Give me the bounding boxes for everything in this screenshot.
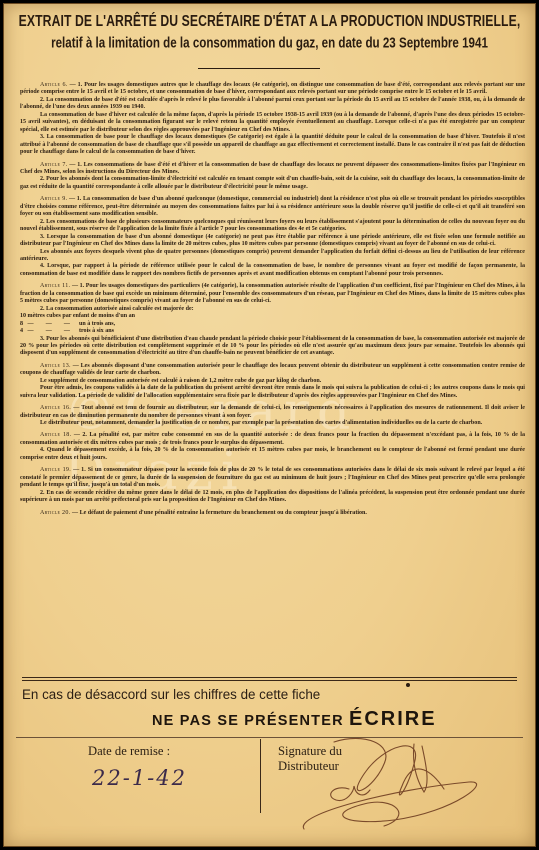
- article-label: Article 16.: [40, 405, 71, 411]
- article-subparagraph: 2. En cas de seconde récidive du même ge…: [20, 490, 525, 505]
- article-label: Article 18.: [40, 432, 71, 438]
- majoration-row: 10 mètres cubes par enfant de moins d'un…: [20, 313, 525, 320]
- article-subparagraph: 4. Lorsque, par rapport à la période de …: [20, 263, 525, 278]
- article-paragraph: Article 7. — 1. Les consommations de bas…: [20, 162, 525, 177]
- article-text: — 1. Pour les usages domestiques des par…: [20, 283, 525, 304]
- majoration-row: 4 — — — trois à six ans: [20, 328, 525, 335]
- article-paragraph: Article 11. — 1. Pour les usages domesti…: [20, 283, 525, 305]
- article-paragraph: Article 13. — Les abonnés disposant d'un…: [20, 363, 525, 378]
- article-subparagraph: Les abonnés aux foyers desquels vivent p…: [20, 249, 525, 264]
- article-subparagraph: Pour être admis, les coupons validés à l…: [20, 385, 525, 400]
- article-paragraph: Article 9. — 1. La consommation de base …: [20, 196, 525, 218]
- article-text: 3. La consommation de base pour le chauf…: [20, 134, 525, 155]
- article-subparagraph: 3. La consommation de base pour le chauf…: [20, 134, 525, 156]
- article-subparagraph: Le supplément de consommation autorisée …: [20, 378, 525, 385]
- article-text: 4. Quand le dépassement excède, à la foi…: [20, 447, 525, 460]
- document-subtitle: relatif à la limitation de la consommati…: [4, 35, 535, 51]
- article-text: 2. Pour les abonnés dont la consommation…: [20, 176, 525, 189]
- article-label: Article 19.: [40, 467, 71, 473]
- notice-line-1: En cas de désaccord sur les chiffres de …: [22, 687, 320, 702]
- article-text: — 1. Si un consommateur dépasse pour la …: [20, 467, 525, 488]
- article-text: 2. Les consommations de base de plusieur…: [20, 219, 525, 232]
- article-subparagraph: Le distributeur peut, notamment, demande…: [20, 420, 525, 427]
- ink-dot: [406, 683, 410, 687]
- title-divider: [198, 68, 320, 69]
- article-text: — 1. Pour les usages domestiques autres …: [20, 82, 525, 95]
- majoration-row: 8 — — — un à trois ans,: [20, 321, 525, 328]
- article-text: Les abonnés aux foyers desquels vivent p…: [20, 249, 525, 262]
- notice-no-visit: NE PAS SE PRÉSENTER: [152, 713, 344, 729]
- notice-write: ÉCRIRE: [349, 708, 437, 730]
- article-text: 2. La consommation de base d'été est cal…: [20, 97, 525, 110]
- article-label: Article 6.: [40, 82, 68, 88]
- article-text: 3. Pour les abonnés qui bénéficiaient d'…: [20, 336, 525, 357]
- article-text: Le supplément de consommation autorisée …: [40, 378, 321, 384]
- article-paragraph: Article 6. — 1. Pour les usages domestiq…: [20, 82, 525, 97]
- article-label: Article 9.: [40, 196, 67, 202]
- article-subparagraph: 3. Lorsque la consommation de base d'un …: [20, 234, 525, 249]
- article-label: Article 7.: [40, 162, 68, 168]
- article-text: La consommation de base d'hiver est calc…: [20, 112, 525, 133]
- section-divider: [22, 677, 517, 681]
- article-text: — 2. La pénalité est, par mètre cube con…: [20, 432, 525, 445]
- article-subparagraph: 2. La consommation de base d'été est cal…: [20, 97, 525, 112]
- article-subparagraph: La consommation de base d'hiver est calc…: [20, 112, 525, 134]
- article-text: Pour être admis, les coupons validés à l…: [20, 385, 525, 398]
- article-text: — 1. La consommation de base d'un abonné…: [20, 196, 525, 217]
- article-label: Article 11.: [40, 283, 70, 289]
- article-subparagraph: 4. Quand le dépassement excède, à la foi…: [20, 447, 525, 462]
- article-paragraph: Article 18. — 2. La pénalité est, par mè…: [20, 432, 525, 447]
- article-paragraph: Article 16. — Tout abonné est tenu de fo…: [20, 405, 525, 420]
- articles-body: Article 6. — 1. Pour les usages domestiq…: [20, 82, 525, 517]
- article-subparagraph: 3. Pour les abonnés qui bénéficiaient d'…: [20, 336, 525, 358]
- article-paragraph: Article 20. — Le défaut de paiement d'un…: [20, 510, 525, 517]
- article-text: 4. Lorsque, par rapport à la période de …: [20, 263, 525, 276]
- article-text: — Tout abonné est tenu de fournir au dis…: [20, 405, 525, 418]
- document-title: EXTRAIT DE L'ARRÊTÉ DU SECRÉTAIRE D'ÉTAT…: [4, 12, 535, 30]
- document-page: EXTRAIT DE L'ARRÊTÉ DU SECRÉTAIRE D'ÉTAT…: [3, 3, 536, 847]
- article-text: 2. En cas de seconde récidive du même ge…: [20, 490, 525, 503]
- article-subparagraph: 2. Les consommations de base de plusieur…: [20, 219, 525, 234]
- article-text: 2. La consommation autorisée ainsi calcu…: [40, 306, 194, 312]
- article-text: 3. Lorsque la consommation de base d'un …: [20, 234, 525, 247]
- article-text: — Les abonnés disposant d'une consommati…: [20, 363, 525, 376]
- date-value: 22-1-42: [92, 766, 187, 790]
- article-text: Le distributeur peut, notamment, demande…: [40, 420, 482, 426]
- article-text: — 1. Les consommations de base d'été et …: [20, 162, 525, 175]
- article-text: — Le défaut de paiement d'une pénalité e…: [71, 510, 367, 516]
- date-label: Date de remise :: [88, 744, 170, 759]
- handwritten-signature-icon: [274, 734, 484, 834]
- article-paragraph: Article 19. — 1. Si un consommateur dépa…: [20, 467, 525, 489]
- article-subparagraph: 2. Pour les abonnés dont la consommation…: [20, 176, 525, 191]
- article-label: Article 13.: [40, 363, 71, 369]
- article-subparagraph: 2. La consommation autorisée ainsi calcu…: [20, 306, 525, 313]
- footer-column-divider: [260, 739, 261, 813]
- notice-line-2: NE PAS SE PRÉSENTER ÉCRIRE: [152, 708, 437, 731]
- article-label: Article 20.: [40, 510, 71, 516]
